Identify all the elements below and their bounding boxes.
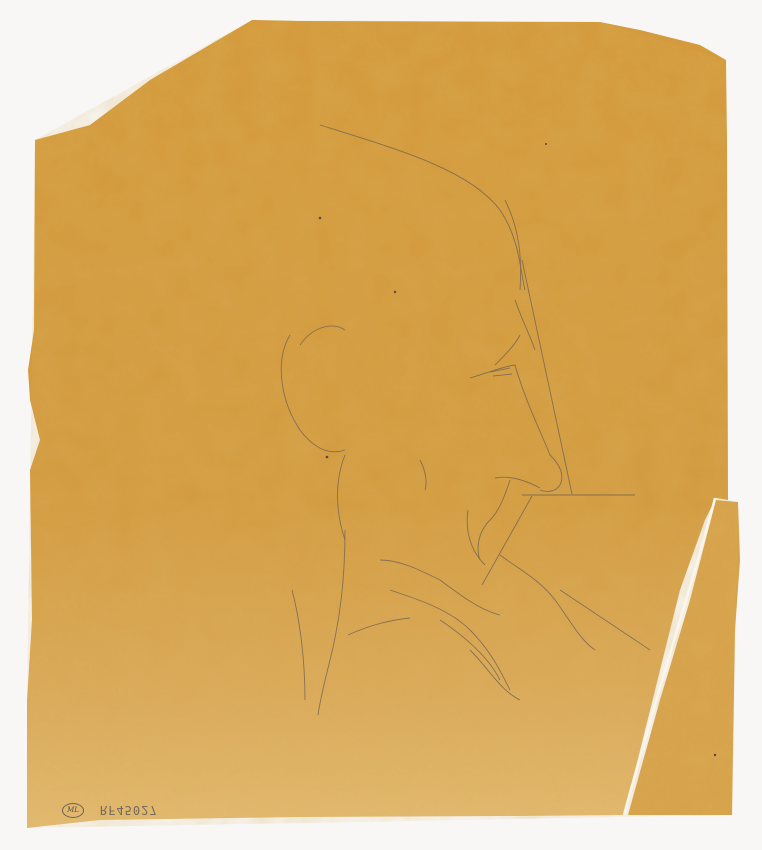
collection-stamp: ML <box>62 803 84 818</box>
inventory-number: RF45027 <box>100 803 158 817</box>
artwork-sheet <box>0 0 762 850</box>
